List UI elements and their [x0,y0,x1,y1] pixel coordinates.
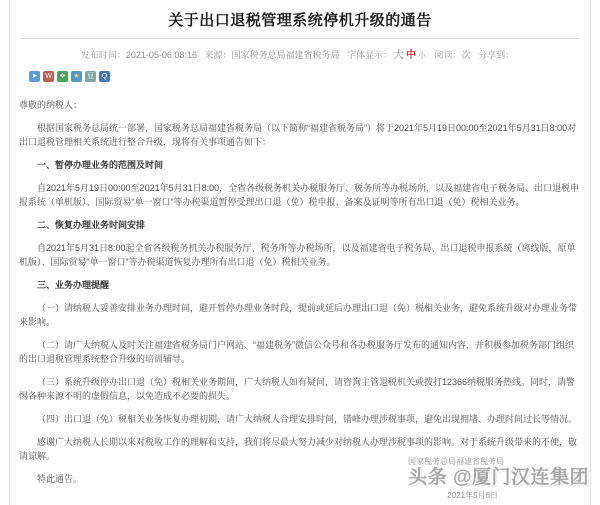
greeting: 尊敬的纳税人： [19,98,581,112]
font-size-label: 字体显示： [347,50,392,60]
qq-icon[interactable]: Q [99,71,110,82]
view-count: 阅读：次 [435,50,471,60]
signature-date: 2021年5月6日 [447,490,498,501]
signature-block: 国家税务总局福建省税务局 头条 @厦门汉连集团 2021年5月6日 [10,453,590,505]
section-3-paragraph-1: （一）请纳税人妥善安排业务办理时间，避开暂停办理业务时段，提前或延后办理出口退（… [19,301,581,329]
share-toolbar: ➤ W ❖ ★ 豆 Q [29,71,581,82]
publish-time: 发布时间：2021-05-06 08:16 [81,50,197,60]
view-count-label: 阅读： [435,50,462,60]
share-to-label: 分享到： [478,50,514,60]
font-size-medium-button[interactable]: 中 [406,50,416,61]
wechat-icon[interactable]: ❖ [57,71,68,82]
section-2-heading: 二、恢复办理业务时间安排 [19,218,581,232]
title-divider [21,38,579,39]
section-3-heading: 三、业务办理提醒 [19,278,581,292]
section-3-paragraph-2: （二）请广大纳税人及时关注福建省税务局门户网站、“福建税务”微信公众号和各办税服… [19,338,581,366]
section-2-paragraph: 自2021年5月31日8:00起全省各级税务机关办税服务厅、税务所等办税场所，以… [19,241,581,269]
publish-time-label: 发布时间： [81,50,126,60]
source-value: 国家税务总局福建省税务局 [231,50,339,60]
douban-icon[interactable]: 豆 [85,71,96,82]
source-label: 来源： [204,50,231,60]
source: 来源：国家税务总局福建省税务局 [204,50,339,60]
section-3-paragraph-3: （三）系统升级停办出口退（免）税相关业务期间，广大纳税人如有疑问，请咨询主管退税… [19,375,581,403]
font-size-switcher: 字体显示：大中小 [347,50,427,60]
weibo-icon[interactable]: W [43,71,54,82]
section-3-paragraph-4: （四）出口退（免）税相关业务恢复办理初期，请广大纳税人合理安排时间，错峰办理涉税… [19,412,581,426]
qzone-icon[interactable]: ★ [71,71,82,82]
page-title: 关于出口退税管理系统停机升级的通告 [19,0,581,30]
font-size-small-button[interactable]: 小 [418,51,426,60]
share-icon[interactable]: ➤ [29,71,40,82]
view-count-unit: 次 [462,50,471,60]
publish-time-value: 2021-05-06 08:16 [126,50,197,60]
notice-body: 尊敬的纳税人： 根据国家税务总局统一部署，国家税务总局福建省税务局（以下简称“福… [19,98,581,486]
meta-bar: 发布时间：2021-05-06 08:16 来源：国家税务总局福建省税务局 字体… [19,46,581,62]
section-1-paragraph: 自2021年5月19日00:00至2021年5月31日8:00，全省各级税务机关… [19,181,581,209]
section-1-heading: 一、暂停办理业务的范围及时间 [19,158,581,172]
notice-page: 关于出口退税管理系统停机升级的通告 发布时间：2021-05-06 08:16 … [9,0,591,505]
font-size-large-button[interactable]: 大 [393,49,404,61]
intro-paragraph: 根据国家税务总局统一部署，国家税务总局福建省税务局（以下简称“福建省税务局”）将… [19,121,581,149]
watermark: 头条 @厦门汉连集团 [408,462,589,489]
